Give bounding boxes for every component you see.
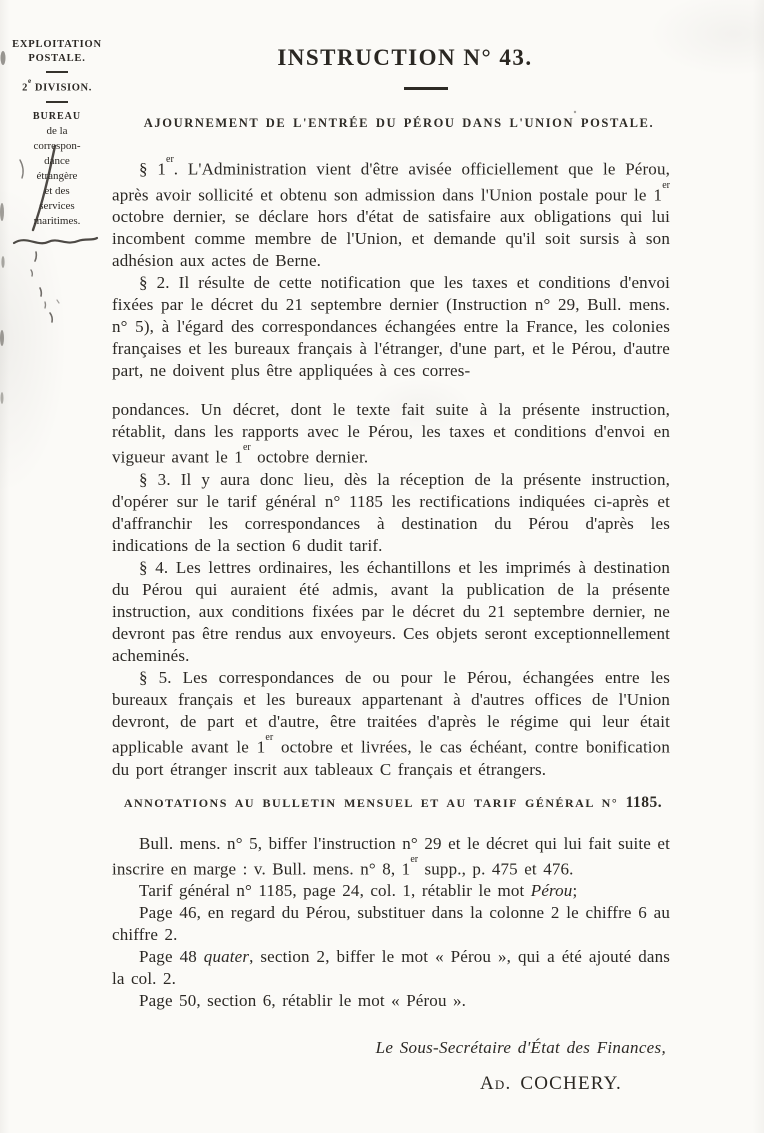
annotation-3: Page 46, en regard du Pérou, substituer … [112,902,670,946]
divider-rule [46,101,68,103]
annotation-2: Tarif général n° 1185, page 24, col. 1, … [112,880,670,902]
paragraph-text: § 3. Il y aura donc lieu, dès la récepti… [112,470,670,555]
annotation-italic-word: quater [204,947,249,966]
paragraph-2: § 2. Il résulte de cette notification qu… [112,272,670,382]
signature-role: Le Sous-Secrétaire d'État des Finances, [112,1038,666,1058]
paragraph-1: § 1er. L'Administration vient d'être avi… [112,155,670,272]
annotation-1: Bull. mens. n° 5, biffer l'instruction n… [112,833,670,881]
bureau-line: dance [4,154,110,169]
bureau-line: de la [4,124,110,139]
scanned-document-page: EXPLOITATION POSTALE. 2e DIVISION. BUREA… [0,0,764,1133]
annotation-text: Page 50, section 6, rétablir le mot « Pé… [139,991,466,1010]
ordinal-superscript: er [166,154,174,165]
department-line1: EXPLOITATION [4,38,110,52]
annotation-text: Bull. mens. n° 5, biffer l'instruction n… [112,834,670,879]
bureau-line: et des [4,184,110,199]
signature-name-initials: Ad. [480,1073,511,1094]
title-rule [404,87,448,90]
paragraph-2-continuation: pondances. Un décret, dont le texte fait… [112,399,670,469]
page-title: INSTRUCTION N° 43. [112,44,670,72]
annotation-text: Tarif général n° 1185, page 24, col. 1, … [139,881,531,900]
paragraph-text: octobre dernier. [251,448,368,467]
paragraph-5: § 5. Les correspondances de ou pour le P… [112,667,670,781]
ordinal-superscript: er [410,854,418,865]
annotation-text: Page 48 [139,947,204,966]
paragraph-text: . L'Administration vient d'être avisée o… [112,160,670,205]
margin-note: EXPLOITATION POSTALE. 2e DIVISION. BUREA… [4,38,110,229]
paragraph-text: § 2. Il résulte de cette notification qu… [112,273,670,380]
annotation-4: Page 48 quater, section 2, biffer le mot… [112,946,670,990]
bureau-label: BUREAU [4,109,110,124]
bureau-line: étrangère [4,169,110,184]
annotation-italic-word: Pérou [531,881,573,900]
ordinal-superscript: er [662,180,670,191]
division-superscript: e [28,77,32,85]
bureau-line: services [4,199,110,214]
divider-rule [46,71,68,73]
paragraph-text: § 1 [139,160,166,179]
annotations-heading-text: ANNOTATIONS AU BULLETIN MENSUEL ET AU TA… [124,796,626,810]
paragraph-3: § 3. Il y aura donc lieu, dès la récepti… [112,469,670,557]
department-line2: POSTALE. [4,52,110,66]
signature-name: Ad. COCHERY. [112,1073,622,1095]
annotations-heading-number: 1185. [626,794,663,811]
ordinal-superscript: er [265,732,273,743]
annotation-text: supp., p. 475 et 476. [418,859,573,878]
paragraph-text: pondances. Un décret, dont le texte fait… [112,400,670,467]
department-label: EXPLOITATION POSTALE. [4,38,110,66]
paragraph-text: octobre dernier, se déclare hors d'état … [112,207,670,270]
bureau-line: correspon- [4,139,110,154]
document-body: INSTRUCTION N° 43. AJOURNEMENT DE L'ENTR… [112,44,670,1095]
bureau-line: maritimes. [4,214,110,229]
division-label: 2e DIVISION. [4,77,110,96]
annotation-5: Page 50, section 6, rétablir le mot « Pé… [112,990,670,1012]
annotation-text: ; [572,881,577,900]
annotations-heading: ANNOTATIONS AU BULLETIN MENSUEL ET AU TA… [112,794,670,812]
division-text: DIVISION. [32,83,92,94]
signature-name-surname: COCHERY. [511,1073,622,1094]
paragraph-text: § 4. Les lettres ordinaires, les échanti… [112,558,670,665]
ordinal-superscript: er [243,442,251,453]
annotation-text: Page 46, en regard du Pérou, substituer … [112,903,670,944]
document-subject: AJOURNEMENT DE L'ENTRÉE DU PÉROU DANS L'… [112,115,670,131]
paragraph-4: § 4. Les lettres ordinaires, les échanti… [112,557,670,667]
